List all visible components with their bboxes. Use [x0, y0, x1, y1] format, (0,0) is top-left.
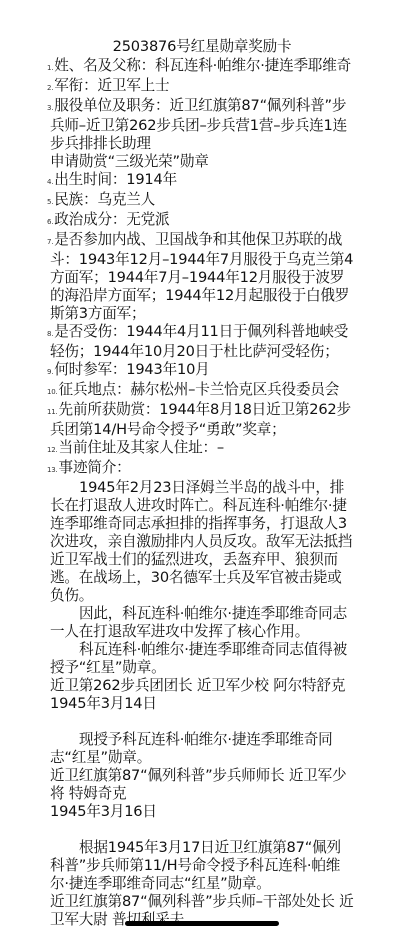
award-statement: 现授予科瓦连科·帕维尔·捷连季耶维奇同志“红星”勋章。: [50, 731, 354, 767]
award-date: 1945年3月16日: [50, 803, 354, 821]
field-number: 12.: [47, 446, 58, 454]
field-number: 6.: [47, 218, 53, 226]
field-nationality: 5.民族：乌克兰人: [50, 191, 354, 211]
field-unit: 3.服役单位及职务：近卫红旗第87“佩列科普”步兵师–近卫第262步兵团–步兵营…: [50, 97, 354, 153]
field-wounds: 8.是否受伤：1944年4月11日于佩列科普地峡受轻伤；1944年10月20日于…: [50, 323, 354, 361]
narrative-paragraph: 因此，科瓦连科·帕维尔·捷连季耶维奇同志一人在打退敌军进攻中发挥了核心作用。: [50, 605, 354, 641]
field-number: 10.: [47, 388, 58, 396]
field-number: 5.: [47, 198, 53, 206]
field-address: 12.当前住址及其家人住址：–: [50, 439, 354, 459]
spacer: [50, 821, 354, 839]
field-combat-service: 7.是否参加内战、卫国战争和其他保卫苏联的战斗：1943年12月–1944年7月…: [50, 231, 354, 323]
field-rank: 2.军衔：近卫军上士: [50, 77, 354, 97]
field-number: 9.: [47, 368, 53, 376]
award-signer: 近卫红旗第87“佩列科普”步兵师师长 近卫军少将 特姆奇克: [50, 767, 354, 803]
field-conscription-place: 10.征兵地点：赫尔松州–卡兰恰克区兵役委员会: [50, 381, 354, 401]
field-number: 1.: [47, 64, 53, 72]
field-birth: 4.出生时间：1914年: [50, 171, 354, 191]
recommendation-date: 1945年3月14日: [50, 695, 354, 713]
narrative-paragraph: 科瓦连科·帕维尔·捷连季耶维奇同志值得被授予“红星”勋章。: [50, 641, 354, 677]
field-previous-awards: 11.先前所获勋赏：1944年8月18日近卫第262步兵团第14/H号命令授予“…: [50, 401, 354, 439]
field-number: 13.: [47, 466, 58, 474]
document-title: 2503876号红星勋章奖励卡: [50, 38, 354, 56]
narrative-paragraph: 1945年2月23日泽姆兰半岛的战斗中，排长在打退敌人进攻时阵亡。科瓦连科·帕维…: [50, 479, 354, 605]
field-enlisted: 9.何时参军：1943年10月: [50, 361, 354, 381]
field-requested-award: 申请勋赏“三级光荣”勋章: [50, 153, 354, 171]
field-number: 2.: [47, 84, 53, 92]
field-number: 3.: [47, 104, 53, 112]
field-number: 7.: [47, 238, 53, 246]
field-number: 4.: [47, 178, 53, 186]
home-indicator[interactable]: [125, 921, 279, 926]
field-party: 6.政治成分：无党派: [50, 211, 354, 231]
award-card-document: 2503876号红星勋章奖励卡 1.姓、名及父称：科瓦连科·帕维尔·捷连季耶维奇…: [50, 38, 354, 929]
recommender-signature: 近卫第262步兵团团长 近卫军少校 阿尔特舒克: [50, 677, 354, 695]
order-statement: 根据1945年3月17日近卫红旗第87“佩列科普”步兵师第11/H号命令授予科瓦…: [50, 839, 354, 893]
field-number: 8.: [47, 330, 53, 338]
field-summary-heading: 13.事迹简介：: [50, 459, 354, 479]
field-number: 11.: [47, 408, 58, 416]
spacer: [50, 713, 354, 731]
field-name: 1.姓、名及父称：科瓦连科·帕维尔·捷连季耶维奇: [50, 57, 354, 77]
